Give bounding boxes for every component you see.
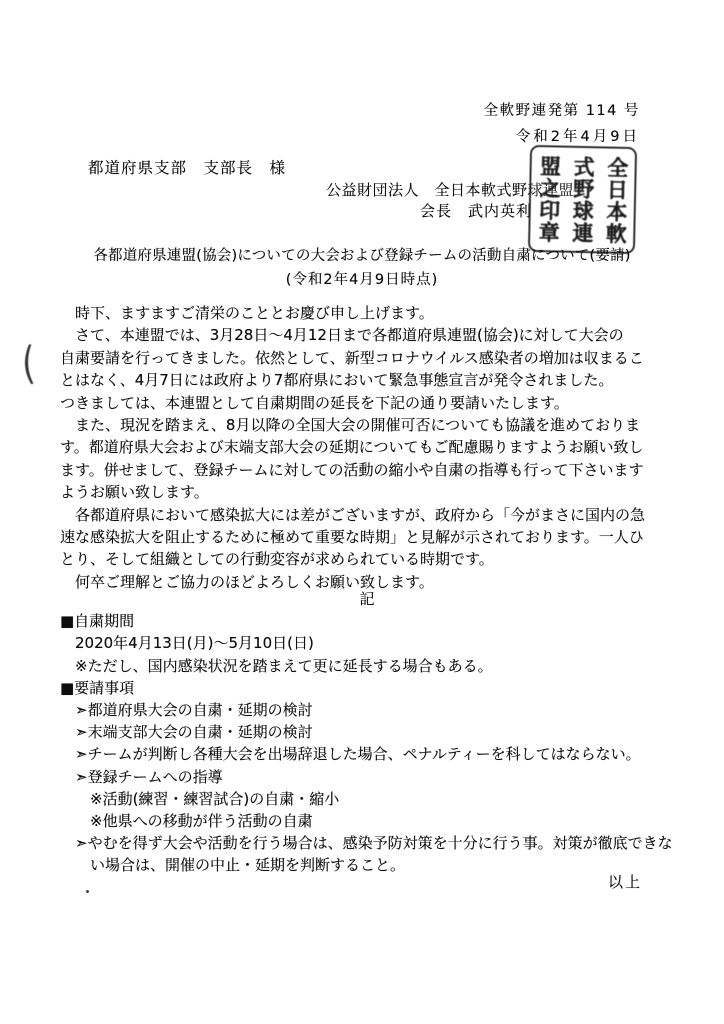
jishuku-period: 2020年4月13日(月)～5月10日(日) bbox=[60, 632, 676, 654]
scanned-letter-page: 全軟野連発第 114 号 令和2年4月9日 都道府県支部 支部長 様 公益財団法… bbox=[0, 0, 724, 1024]
official-seal-stamp: 全日本軟 式野球連 盟之印章 bbox=[528, 145, 637, 254]
body-text: 時下、ますますご清栄のこととお慶び申し上げます。 さて、本連盟では、3月28日～… bbox=[60, 302, 670, 593]
section-heading-yousei-jikou: ■要請事項 bbox=[60, 677, 676, 699]
seal-column-2: 式野球連 bbox=[571, 155, 595, 243]
request-item: ➣都道府県大会の自粛・延期の検討 bbox=[60, 699, 676, 721]
body-line: また、現況を踏まえ、8月以降の全国大会の開催可否についても協議を進めておりま bbox=[60, 414, 670, 436]
request-subitem: ※他県への移動が伴う活動の自粛 bbox=[60, 810, 676, 832]
request-item-continued: い場合は、開催の中止・延期を判断すること。 bbox=[60, 854, 676, 876]
scan-artifact-dot bbox=[86, 890, 89, 893]
jishuku-note: ※ただし、国内感染状況を踏まえて更に延長する場合もある。 bbox=[60, 655, 676, 677]
body-line: ようお願い致します。 bbox=[60, 481, 670, 503]
section-heading-jishuku-kikan: ■自粛期間 bbox=[60, 610, 676, 632]
body-line: 速な感染拡大を阻止するために極めて重要な時期」と見解が示されております。一人ひ bbox=[60, 526, 670, 548]
sender-president-name: 会長 武内英利 bbox=[420, 200, 532, 221]
scan-artifact-paren: ( bbox=[21, 337, 37, 390]
details-section: 記 ■自粛期間 2020年4月13日(月)～5月10日(日) ※ただし、国内感染… bbox=[60, 588, 676, 876]
body-line: 時下、ますますご清栄のこととお慶び申し上げます。 bbox=[60, 302, 670, 324]
document-title: 各都道府県連盟(協会)についての大会および登録チームの活動自粛について(要請) bbox=[0, 244, 724, 265]
document-date: 令和2年4月9日 bbox=[516, 125, 640, 146]
request-item: ➣末端支部大会の自粛・延期の検討 bbox=[60, 721, 676, 743]
addressee-line: 都道府県支部 支部長 様 bbox=[88, 156, 286, 178]
request-subitem: ※活動(練習・練習試合)の自粛・縮小 bbox=[60, 788, 676, 810]
body-line: ます。併せまして、登録チームに対しての活動の縮小や自粛の指導も行って下さいます bbox=[60, 459, 670, 481]
document-number: 全軟野連発第 114 号 bbox=[484, 99, 640, 120]
request-item: ➣登録チームへの指導 bbox=[60, 766, 676, 788]
body-line: 自粛要請を行ってきました。依然として、新型コロナウイルス感染者の増加は収まるこ bbox=[60, 347, 670, 369]
body-line: とり、そして組織としての行動変容が求められている時期です。 bbox=[60, 548, 670, 570]
body-line: さて、本連盟では、3月28日～4月12日まで各都道府県連盟(協会)に対して大会の bbox=[60, 324, 670, 346]
record-marker: 記 bbox=[60, 588, 676, 610]
body-line: す。都道府県大会および末端支部大会の延期についてもご配慮賜りますようお願い致し bbox=[60, 436, 670, 458]
body-line: 各都道府県において感染拡大には差がございますが、政府から「今がまさに国内の急 bbox=[60, 504, 670, 526]
request-item: ➣やむを得ず大会や活動を行う場合は、感染予防対策を十分に行う事。対策が徹底できな bbox=[60, 832, 676, 854]
body-line: つきましては、本連盟として自粛期間の延長を下記の通り要請いたします。 bbox=[60, 392, 670, 414]
seal-column-1: 全日本軟 bbox=[604, 156, 628, 244]
document-title-date: (令和2年4月9日時点) bbox=[0, 268, 724, 289]
seal-column-3: 盟之印章 bbox=[537, 155, 561, 243]
request-item: ➣チームが判断し各種大会を出場辞退した場合、ペナルティーを科してはならない。 bbox=[60, 743, 676, 765]
closing-ijou: 以上 bbox=[608, 871, 642, 892]
body-line: とはなく、4月7日には政府より7都府県において緊急事態宣言が発令されました。 bbox=[60, 369, 670, 391]
